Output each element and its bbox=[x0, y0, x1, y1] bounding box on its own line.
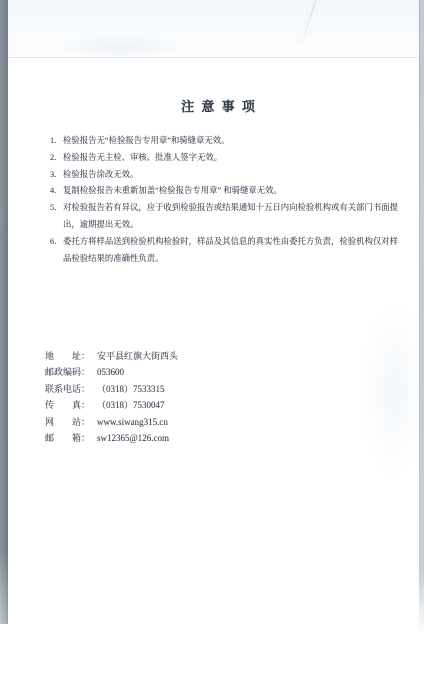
notice-item: 3. 检验报告涂改无效。 bbox=[50, 167, 410, 184]
contact-label: 网 站： bbox=[45, 414, 90, 430]
notice-number: 6. bbox=[50, 234, 63, 251]
notice-item: 6. 委托方将样品送到检验机构检验时，样品及其信息的真实性由委托方负责，检验机构… bbox=[50, 234, 410, 268]
contact-label: 传 真： bbox=[45, 397, 90, 413]
contact-row-fax: 传 真： （0318）7530047 bbox=[45, 397, 178, 413]
contact-info: 地 址： 安平县红旗大街西头 邮政编码： 053600 联系电话： （0318）… bbox=[45, 348, 178, 446]
notice-text: 检验报告涂改无效。 bbox=[63, 167, 410, 184]
contact-row-website: 网 站： www.siwang315.cn bbox=[45, 414, 178, 430]
contact-label: 邮政编码： bbox=[45, 364, 90, 380]
notice-number: 1. bbox=[50, 133, 63, 150]
contact-value: 安平县红旗大街西头 bbox=[97, 348, 178, 364]
notice-text: 检验报告无主检、审核、批准人签字无效。 bbox=[63, 150, 410, 167]
notice-item: 1. 检验报告无“检验报告专用章”和骑缝章无效。 bbox=[50, 133, 410, 150]
contact-value: （0318）7533315 bbox=[97, 381, 165, 397]
contact-row-postcode: 邮政编码： 053600 bbox=[45, 364, 178, 380]
notice-item: 4. 复制检验报告未重新加盖“检验报告专用章” 和骑缝章无效。 bbox=[50, 183, 410, 200]
contact-row-phone: 联系电话： （0318）7533315 bbox=[45, 381, 178, 397]
scan-edge-left bbox=[0, 0, 8, 624]
notice-line: 出，逾期提出无效。 bbox=[63, 217, 410, 234]
notice-line: 检验报告无主检、审核、批准人签字无效。 bbox=[63, 150, 410, 167]
notice-number: 2. bbox=[50, 150, 63, 167]
notice-line: 检验报告无“检验报告专用章”和骑缝章无效。 bbox=[63, 133, 410, 150]
page-title: 注 意 事 项 bbox=[0, 96, 424, 115]
contact-label: 联系电话： bbox=[45, 381, 90, 397]
notice-text: 对检验报告若有异议，应于收到检验报告或结果通知十五日内向检验机构或有关部门书面提… bbox=[63, 200, 410, 234]
notice-number: 3. bbox=[50, 167, 63, 184]
notice-list: 1. 检验报告无“检验报告专用章”和骑缝章无效。 2. 检验报告无主检、审核、批… bbox=[50, 133, 410, 267]
notice-line: 委托方将样品送到检验机构检验时，样品及其信息的真实性由委托方负责，检验机构仅对样 bbox=[63, 234, 410, 251]
contact-value: www.siwang315.cn bbox=[97, 414, 168, 430]
notice-line: 复制检验报告未重新加盖“检验报告专用章” 和骑缝章无效。 bbox=[63, 183, 410, 200]
contact-row-email: 邮 箱： sw12365@126.com bbox=[45, 430, 178, 446]
contact-value: sw12365@126.com bbox=[97, 430, 169, 446]
contact-value: （0318）7530047 bbox=[97, 397, 165, 413]
scan-blotch bbox=[360, 300, 424, 480]
notice-line: 对检验报告若有异议，应于收到检验报告或结果通知十五日内向检验机构或有关部门书面提 bbox=[63, 200, 410, 217]
contact-label: 邮 箱： bbox=[45, 430, 90, 446]
notice-item: 2. 检验报告无主检、审核、批准人签字无效。 bbox=[50, 150, 410, 167]
contact-row-address: 地 址： 安平县红旗大街西头 bbox=[45, 348, 178, 364]
notice-text: 复制检验报告未重新加盖“检验报告专用章” 和骑缝章无效。 bbox=[63, 183, 410, 200]
contact-value: 053600 bbox=[97, 364, 124, 380]
notice-number: 5. bbox=[50, 200, 63, 217]
notice-number: 4. bbox=[50, 183, 63, 200]
notice-line: 品检验结果的准确性负责。 bbox=[63, 251, 410, 268]
contact-label: 地 址： bbox=[45, 348, 90, 364]
notice-line: 检验报告涂改无效。 bbox=[63, 167, 410, 184]
scan-blotch bbox=[60, 34, 180, 60]
notice-text: 委托方将样品送到检验机构检验时，样品及其信息的真实性由委托方负责，检验机构仅对样… bbox=[63, 234, 410, 268]
notice-item: 5. 对检验报告若有异议，应于收到检验报告或结果通知十五日内向检验机构或有关部门… bbox=[50, 200, 410, 234]
notice-text: 检验报告无“检验报告专用章”和骑缝章无效。 bbox=[63, 133, 410, 150]
document-page: 注 意 事 项 1. 检验报告无“检验报告专用章”和骑缝章无效。 2. 检验报告… bbox=[0, 0, 424, 700]
